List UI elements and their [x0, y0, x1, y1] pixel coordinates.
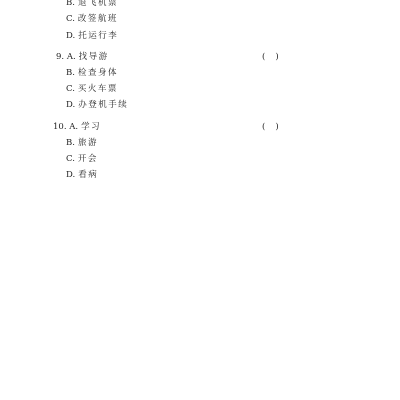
- question-9-option-a: 9. A.找导游: [56, 51, 109, 63]
- option-letter: D.: [66, 169, 75, 181]
- option-text: 旅游: [78, 138, 98, 148]
- answer-blank-10: (): [262, 121, 279, 133]
- option-letter: A.: [67, 51, 76, 63]
- answer-blank-9: (): [262, 51, 279, 63]
- question-10-option-c: C.开会: [66, 153, 98, 165]
- option-text: 买火车票: [78, 84, 118, 94]
- option-letter: D.: [66, 30, 75, 42]
- option-letter: A.: [69, 121, 78, 133]
- option-8-d: D.托运行李: [66, 30, 118, 42]
- option-letter: B.: [66, 67, 75, 79]
- option-text: 学习: [81, 122, 101, 132]
- question-9-option-d: D.办登机手续: [66, 99, 128, 111]
- option-text: 找导游: [79, 52, 109, 62]
- option-letter: C.: [66, 13, 75, 25]
- paren-close: ): [275, 52, 278, 62]
- option-text: 托运行李: [78, 31, 118, 41]
- option-text: 看病: [78, 170, 98, 180]
- option-letter: C.: [66, 83, 75, 95]
- option-letter: B.: [66, 137, 75, 149]
- option-letter: B.: [66, 0, 75, 9]
- paren-open: (: [262, 52, 265, 62]
- question-number: 9.: [56, 51, 64, 63]
- question-10-option-a: 10. A.学习: [53, 121, 101, 133]
- option-text: 办登机手续: [78, 100, 128, 110]
- paren-close: ): [275, 122, 278, 132]
- question-number: 10.: [53, 121, 67, 133]
- question-9-option-b: B.检查身体: [66, 67, 118, 79]
- paren-open: (: [262, 122, 265, 132]
- question-10-option-d: D.看病: [66, 169, 98, 181]
- option-text: 退飞机票: [78, 0, 118, 8]
- option-text: 开会: [78, 154, 98, 164]
- option-letter: D.: [66, 99, 75, 111]
- option-letter: C.: [66, 153, 75, 165]
- option-8-c: C.改签航班: [66, 13, 118, 25]
- option-text: 检查身体: [78, 68, 118, 78]
- question-10-option-b: B.旅游: [66, 137, 98, 149]
- option-8-b: B.退飞机票: [66, 0, 118, 9]
- option-text: 改签航班: [78, 14, 118, 24]
- question-9-option-c: C.买火车票: [66, 83, 118, 95]
